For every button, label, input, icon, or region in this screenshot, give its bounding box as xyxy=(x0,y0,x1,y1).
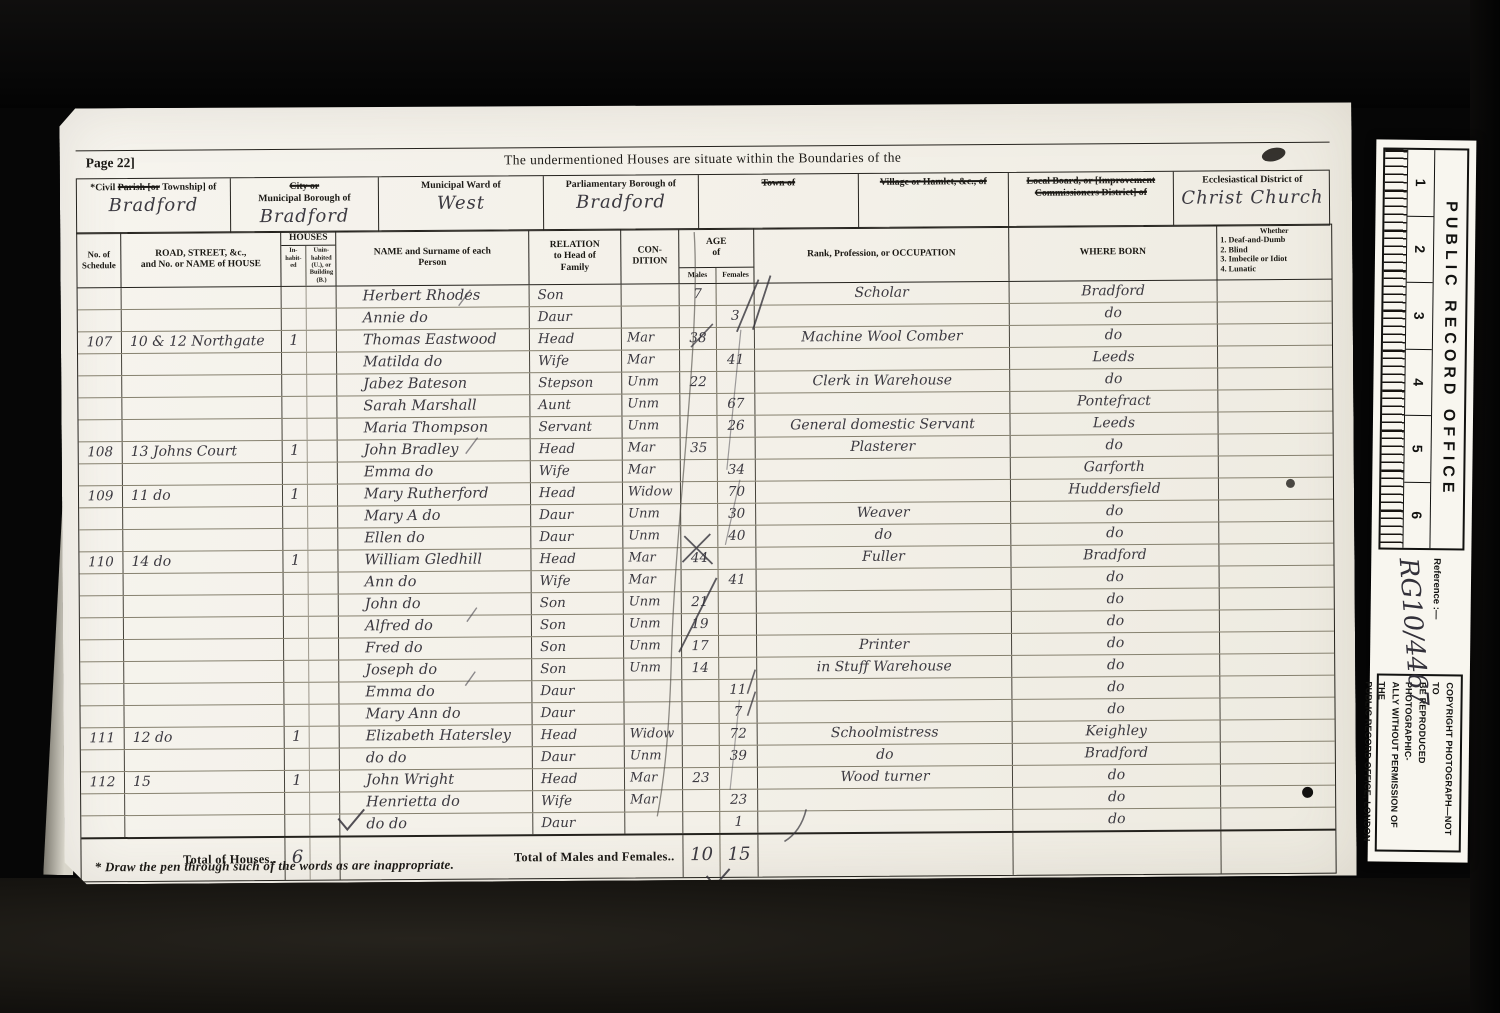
cell-cond: Mar xyxy=(622,350,680,371)
cell-cond: Unm xyxy=(622,394,680,415)
cell-f xyxy=(718,548,756,569)
cell-born: Garforth xyxy=(1011,456,1219,478)
ruler: PUBLIC RECORD OFFICE 123456 xyxy=(1378,148,1469,551)
cell-born: Bradford xyxy=(1013,742,1221,764)
col-inhabited: In- habit- ed xyxy=(281,246,306,286)
cell-name: John Wright xyxy=(340,769,533,791)
district-cell: Parliamentary Borough of Bradford xyxy=(544,175,699,230)
cell-sched: 112 xyxy=(81,772,125,793)
cell-infirm xyxy=(1219,478,1333,500)
cell-born: do xyxy=(1011,500,1219,522)
cell-f: 30 xyxy=(718,504,756,525)
cell-road xyxy=(122,287,282,309)
cell-inh: 1 xyxy=(285,727,310,748)
cell-occ: do xyxy=(758,744,1013,767)
cell-name: Joseph do xyxy=(339,659,532,681)
total-females-value: 15 xyxy=(720,835,758,877)
cell-inh xyxy=(285,749,310,770)
cell-occ: do xyxy=(756,524,1011,547)
cell-born: do xyxy=(1013,764,1221,786)
cell-infirm xyxy=(1220,588,1334,610)
cell-uninh xyxy=(310,771,340,792)
cell-infirm xyxy=(1218,280,1332,302)
cell-occ xyxy=(755,392,1010,415)
cell-rel: Daur xyxy=(533,747,625,769)
cell-rel: Stepson xyxy=(530,373,622,395)
reference-area: Reference :— RG10/4467 xyxy=(1396,558,1444,667)
cell-sched xyxy=(78,398,122,419)
cell-infirm xyxy=(1221,720,1335,742)
cell-rel: Head xyxy=(533,769,625,791)
cell-sched: 107 xyxy=(78,332,122,353)
cell-rel: Head xyxy=(530,329,622,351)
cell-m xyxy=(681,482,718,503)
totals-spacer xyxy=(1221,831,1335,874)
district-value: Bradford xyxy=(231,205,378,227)
cell-name: Mary Rutherford xyxy=(338,483,531,505)
cell-uninh xyxy=(307,397,337,418)
cell-occ: Fuller xyxy=(756,546,1011,569)
cell-sched xyxy=(80,618,124,639)
cell-road: 15 xyxy=(125,771,285,793)
cell-name: do do xyxy=(340,747,533,769)
cell-rel: Daur xyxy=(531,527,623,549)
col-condition: CON- DITION xyxy=(621,229,679,283)
cell-name: Annie do xyxy=(337,307,530,329)
district-cell: *Civil Parish [or Township] of Bradford xyxy=(77,178,231,233)
district-cell: Municipal Ward of West xyxy=(379,176,544,231)
cell-sched: 109 xyxy=(79,486,123,507)
cell-occ xyxy=(757,700,1012,723)
district-label: Parliamentary Borough of xyxy=(544,178,698,191)
cell-uninh xyxy=(309,617,339,638)
cell-f: 39 xyxy=(720,746,758,767)
cell-name: Sarah Marshall xyxy=(337,395,530,417)
col-relation: RELATION to Head of Family xyxy=(529,230,621,285)
cell-rel: Wife xyxy=(532,571,624,593)
cell-f: 7 xyxy=(719,702,757,723)
cell-inh xyxy=(282,419,307,440)
cell-inh: 1 xyxy=(283,441,308,462)
cell-m xyxy=(682,570,719,591)
cell-occ: Wood turner xyxy=(758,766,1013,789)
col-males: Males xyxy=(679,268,716,283)
cell-occ xyxy=(757,612,1012,635)
cell-infirm xyxy=(1219,500,1333,522)
cell-uninh xyxy=(308,507,338,528)
cell-sched xyxy=(80,596,124,617)
cell-occ xyxy=(756,458,1011,481)
cell-sched xyxy=(78,376,122,397)
cell-cond: Unm xyxy=(624,614,682,635)
cell-inh xyxy=(283,463,308,484)
cell-name: Ellen do xyxy=(338,527,531,549)
ruler-numbers: 123456 xyxy=(1403,150,1435,548)
cell-f xyxy=(719,636,757,657)
cell-infirm xyxy=(1220,632,1334,654)
cell-occ xyxy=(757,590,1012,613)
district-cell: Ecclesiastical District of Christ Church xyxy=(1174,171,1331,226)
cell-born: Huddersfield xyxy=(1011,478,1219,500)
cell-f: 67 xyxy=(717,394,755,415)
ink-blot xyxy=(1286,479,1295,488)
cell-f: 70 xyxy=(718,482,756,503)
cell-uninh xyxy=(308,441,338,462)
reference-label: Reference :— xyxy=(1430,558,1442,666)
cell-inh xyxy=(284,705,309,726)
cell-inh: 1 xyxy=(283,485,308,506)
cell-inh xyxy=(284,573,309,594)
cell-road: 10 & 12 Northgate xyxy=(122,331,282,353)
cell-born: do xyxy=(1010,324,1218,346)
cell-road xyxy=(122,419,282,441)
cell-name: do do xyxy=(340,813,533,835)
cell-sched xyxy=(78,288,122,309)
cell-cond: Unm xyxy=(623,504,681,525)
cell-uninh xyxy=(307,309,337,330)
cell-uninh xyxy=(309,683,339,704)
cell-inh xyxy=(285,815,310,836)
census-rows: Herbert Rhodes Son 7 Scholar Bradford An… xyxy=(78,280,1336,838)
cell-inh xyxy=(284,683,309,704)
cell-born: do xyxy=(1011,434,1219,456)
district-cell: Town of xyxy=(699,174,859,229)
cell-road xyxy=(122,353,282,375)
census-sheet: Page 22] The undermentioned Houses are s… xyxy=(59,99,1356,884)
cell-inh xyxy=(284,617,309,638)
cell-infirm xyxy=(1218,390,1332,412)
cell-name: Emma do xyxy=(338,461,531,483)
cell-inh xyxy=(283,529,308,550)
cell-rel: Wife xyxy=(530,351,622,373)
cell-cond xyxy=(624,702,682,723)
district-label: City orMunicipal Borough of xyxy=(231,180,378,205)
cell-name: Mary A do xyxy=(338,505,531,527)
cell-born: do xyxy=(1012,566,1220,588)
cell-rel: Son xyxy=(532,615,624,637)
cell-rel: Daur xyxy=(531,505,623,527)
cell-cond: Mar xyxy=(624,570,682,591)
cell-road xyxy=(122,309,282,331)
cell-infirm xyxy=(1221,808,1335,830)
pro-label-content: PUBLIC RECORD OFFICE 123456 Reference :—… xyxy=(1368,139,1477,862)
cell-f xyxy=(718,438,756,459)
cell-f xyxy=(719,614,757,635)
cell-name: Jabez Bateson xyxy=(337,373,530,395)
cell-m xyxy=(683,746,720,767)
cell-cond: Mar xyxy=(622,328,680,349)
cell-m xyxy=(683,790,720,811)
cell-m: 23 xyxy=(683,768,720,789)
cell-f xyxy=(717,284,755,305)
cell-cond xyxy=(622,306,680,327)
cell-rel: Daur xyxy=(533,813,625,835)
cell-inh xyxy=(282,353,307,374)
cell-uninh xyxy=(310,815,340,836)
district-value: Christ Church xyxy=(1174,186,1331,208)
cell-inh xyxy=(285,793,310,814)
cell-m xyxy=(682,680,719,701)
cell-uninh xyxy=(307,331,337,352)
cell-born: Keighley xyxy=(1013,720,1221,742)
cell-rel: Daur xyxy=(532,703,624,725)
cell-sched: 108 xyxy=(79,442,123,463)
cell-inh: 1 xyxy=(285,771,310,792)
col-infirmities: Whether 1. Deaf-and-Dumb2. Blind3. Imbec… xyxy=(1217,225,1331,280)
cell-road xyxy=(124,639,284,661)
cell-uninh xyxy=(309,595,339,616)
cell-occ xyxy=(755,304,1010,327)
ruler-ticks xyxy=(1380,150,1408,548)
cell-f: 40 xyxy=(718,526,756,547)
cell-name: John Bradley xyxy=(338,439,531,461)
district-cell: Village or Hamlet, &c., of xyxy=(859,173,1009,228)
cell-cond xyxy=(625,812,683,833)
cell-infirm xyxy=(1221,764,1335,786)
cell-f xyxy=(720,768,758,789)
cell-cond: Mar xyxy=(625,790,683,811)
cell-occ xyxy=(756,480,1011,503)
cell-uninh xyxy=(307,375,337,396)
cell-born: do xyxy=(1010,302,1218,324)
cell-inh xyxy=(282,309,307,330)
cell-m: 19 xyxy=(682,614,719,635)
reference-number: RG10/4467 xyxy=(1393,557,1431,667)
cell-sched xyxy=(78,310,122,331)
cell-born: do xyxy=(1012,676,1220,698)
cell-infirm xyxy=(1218,346,1332,368)
cell-infirm xyxy=(1219,434,1333,456)
cell-name: Maria Thompson xyxy=(337,417,530,439)
cell-occ xyxy=(757,568,1012,591)
cell-uninh xyxy=(307,287,337,308)
page-number: Page 22] xyxy=(86,155,135,171)
background-top xyxy=(0,0,1500,108)
col-age-title: AGE of xyxy=(706,229,727,267)
cell-f: 34 xyxy=(718,460,756,481)
cell-inh: 1 xyxy=(282,331,307,352)
cell-rel: Aunt xyxy=(530,395,622,417)
cell-infirm xyxy=(1219,544,1333,566)
cell-infirm xyxy=(1221,742,1335,764)
cell-occ xyxy=(755,348,1010,371)
cell-m xyxy=(683,724,720,745)
cell-cond: Mar xyxy=(625,768,683,789)
col-houses: HOUSES In- habit- ed Unin- habited (U.),… xyxy=(281,232,336,286)
cell-inh: 1 xyxy=(283,551,308,572)
scanned-census-page: Page 22] The undermentioned Houses are s… xyxy=(0,0,1500,1013)
cell-m xyxy=(680,350,717,371)
cell-rel: Son xyxy=(530,285,622,307)
pro-label-strip: PUBLIC RECORD OFFICE 123456 Reference :—… xyxy=(1368,139,1477,862)
cell-road xyxy=(123,529,283,551)
table-header: No. of Schedule ROAD, STREET, &c., and N… xyxy=(77,225,1331,289)
cell-cond: Widow xyxy=(625,724,683,745)
cell-road xyxy=(122,375,282,397)
cell-infirm xyxy=(1219,456,1333,478)
cell-name: Henrietta do xyxy=(340,791,533,813)
cell-m: 38 xyxy=(680,328,717,349)
cell-m: 7 xyxy=(680,284,717,305)
col-age: AGE of Males Females xyxy=(679,229,754,284)
cell-name: Elizabeth Hatersley xyxy=(340,725,533,747)
cell-sched xyxy=(81,816,125,837)
cell-m xyxy=(683,812,720,833)
district-label: *Civil Parish [or Township] of xyxy=(77,181,230,194)
cell-uninh xyxy=(310,727,340,748)
cell-occ: Machine Wool Comber xyxy=(755,326,1010,349)
cell-cond: Unm xyxy=(622,416,680,437)
cell-name: Thomas Eastwood xyxy=(337,329,530,351)
cell-infirm xyxy=(1220,698,1334,720)
cell-occ: Weaver xyxy=(756,502,1011,525)
cell-born: Leeds xyxy=(1010,346,1218,368)
cell-road: 14 do xyxy=(123,551,283,573)
cell-m: 22 xyxy=(680,372,717,393)
col-uninhabited: Unin- habited (U.), or Building (B.) xyxy=(306,246,336,286)
cell-m xyxy=(680,306,717,327)
cell-m xyxy=(681,504,718,525)
cell-rel: Wife xyxy=(531,461,623,483)
cell-road: 13 Johns Court xyxy=(123,441,283,463)
cell-sched xyxy=(80,574,124,595)
cell-rel: Head xyxy=(533,725,625,747)
cell-f: 23 xyxy=(720,790,758,811)
cell-rel: Son xyxy=(532,659,624,681)
cell-occ: Scholar xyxy=(755,282,1010,305)
cell-road: 11 do xyxy=(123,485,283,507)
background-bottom xyxy=(0,878,1500,1013)
cell-uninh xyxy=(308,485,338,506)
infirmity-list: 1. Deaf-and-Dumb2. Blind3. Imbecile or I… xyxy=(1220,235,1328,274)
cell-infirm xyxy=(1218,368,1332,390)
cell-m: 35 xyxy=(681,438,718,459)
cell-f xyxy=(719,658,757,679)
cell-sched xyxy=(79,464,123,485)
page-heading: The undermentioned Houses are situate wi… xyxy=(76,147,1330,172)
cell-m: 44 xyxy=(681,548,718,569)
cell-m xyxy=(681,460,718,481)
cell-cond: Unm xyxy=(624,658,682,679)
cell-rel: Daur xyxy=(530,307,622,329)
cell-road xyxy=(125,749,285,771)
cell-infirm xyxy=(1220,654,1334,676)
cell-road xyxy=(124,661,284,683)
cell-born: do xyxy=(1012,588,1220,610)
cell-uninh xyxy=(308,463,338,484)
cell-m xyxy=(682,702,719,723)
cell-occ: Printer xyxy=(757,634,1012,657)
district-label: Local Board, or [ImprovementCommissioner… xyxy=(1009,175,1173,200)
cell-uninh xyxy=(308,529,338,550)
cell-f xyxy=(717,372,755,393)
totals-spacer xyxy=(1013,831,1221,874)
cell-born: do xyxy=(1013,786,1221,808)
cell-uninh xyxy=(309,705,339,726)
cell-sched: 111 xyxy=(81,728,125,749)
col-name: NAME and Surname of each Person xyxy=(336,230,529,285)
cell-m xyxy=(681,526,718,547)
cell-cond xyxy=(624,680,682,701)
total-males-value: 10 xyxy=(683,835,720,877)
cell-uninh xyxy=(309,661,339,682)
district-value: Bradford xyxy=(77,194,230,216)
cell-infirm xyxy=(1218,302,1332,324)
cell-occ: Schoolmistress xyxy=(758,722,1013,745)
district-label: Municipal Ward of xyxy=(379,179,543,192)
cell-name: Mary Ann do xyxy=(339,703,532,725)
district-value: Bradford xyxy=(544,191,698,213)
district-label: Town of xyxy=(699,177,858,190)
cell-uninh xyxy=(310,793,340,814)
cell-sched xyxy=(79,508,123,529)
cell-f: 3 xyxy=(717,306,755,327)
cell-occ: Plasterer xyxy=(756,436,1011,459)
cell-cond: Widow xyxy=(623,482,681,503)
cell-sched: 110 xyxy=(79,552,123,573)
cell-road xyxy=(123,463,283,485)
cell-sched xyxy=(81,750,125,771)
cell-sched xyxy=(79,530,123,551)
cell-occ: General domestic Servant xyxy=(755,414,1010,437)
cell-sched xyxy=(78,354,122,375)
cell-uninh xyxy=(309,639,339,660)
cell-f: 1 xyxy=(720,812,758,833)
cell-name: William Gledhill xyxy=(338,549,531,571)
cell-infirm xyxy=(1219,522,1333,544)
cell-road xyxy=(125,793,285,815)
cell-f: 41 xyxy=(717,350,755,371)
cell-infirm xyxy=(1218,324,1332,346)
cell-cond: Unm xyxy=(625,746,683,767)
cell-born: do xyxy=(1013,808,1221,830)
cell-road xyxy=(123,507,283,529)
cell-rel: Daur xyxy=(532,681,624,703)
cell-sched xyxy=(80,684,124,705)
cell-name: Fred do xyxy=(339,637,532,659)
cell-sched xyxy=(78,420,122,441)
cell-inh xyxy=(282,287,307,308)
cell-f: 72 xyxy=(720,724,758,745)
cell-occ: in Stuff Warehouse xyxy=(757,656,1012,679)
cell-cond: Unm xyxy=(622,372,680,393)
cell-rel: Son xyxy=(532,593,624,615)
cell-f: 41 xyxy=(719,570,757,591)
cell-cond: Mar xyxy=(623,548,681,569)
cell-sched xyxy=(81,794,125,815)
cell-infirm xyxy=(1220,566,1334,588)
col-females: Females xyxy=(716,268,754,283)
cell-uninh xyxy=(308,551,338,572)
col-schedule: No. of Schedule xyxy=(77,233,121,287)
cell-uninh xyxy=(307,353,337,374)
cell-inh xyxy=(284,595,309,616)
col-where-born: WHERE BORN xyxy=(1009,225,1217,280)
col-occupation: Rank, Profession, or OCCUPATION xyxy=(754,227,1009,283)
district-cell: Local Board, or [ImprovementCommissioner… xyxy=(1009,172,1174,227)
district-value xyxy=(1009,199,1173,200)
cell-road xyxy=(124,617,284,639)
census-table: No. of Schedule ROAD, STREET, &c., and N… xyxy=(76,224,1337,883)
cell-uninh xyxy=(310,749,340,770)
cell-road xyxy=(124,573,284,595)
district-label: Ecclesiastical District of xyxy=(1174,174,1331,187)
cell-rel: Wife xyxy=(533,791,625,813)
cell-m xyxy=(680,394,717,415)
cell-rel: Head xyxy=(531,549,623,571)
cell-occ: Clerk in Warehouse xyxy=(755,370,1010,393)
cell-name: Emma do xyxy=(339,681,532,703)
